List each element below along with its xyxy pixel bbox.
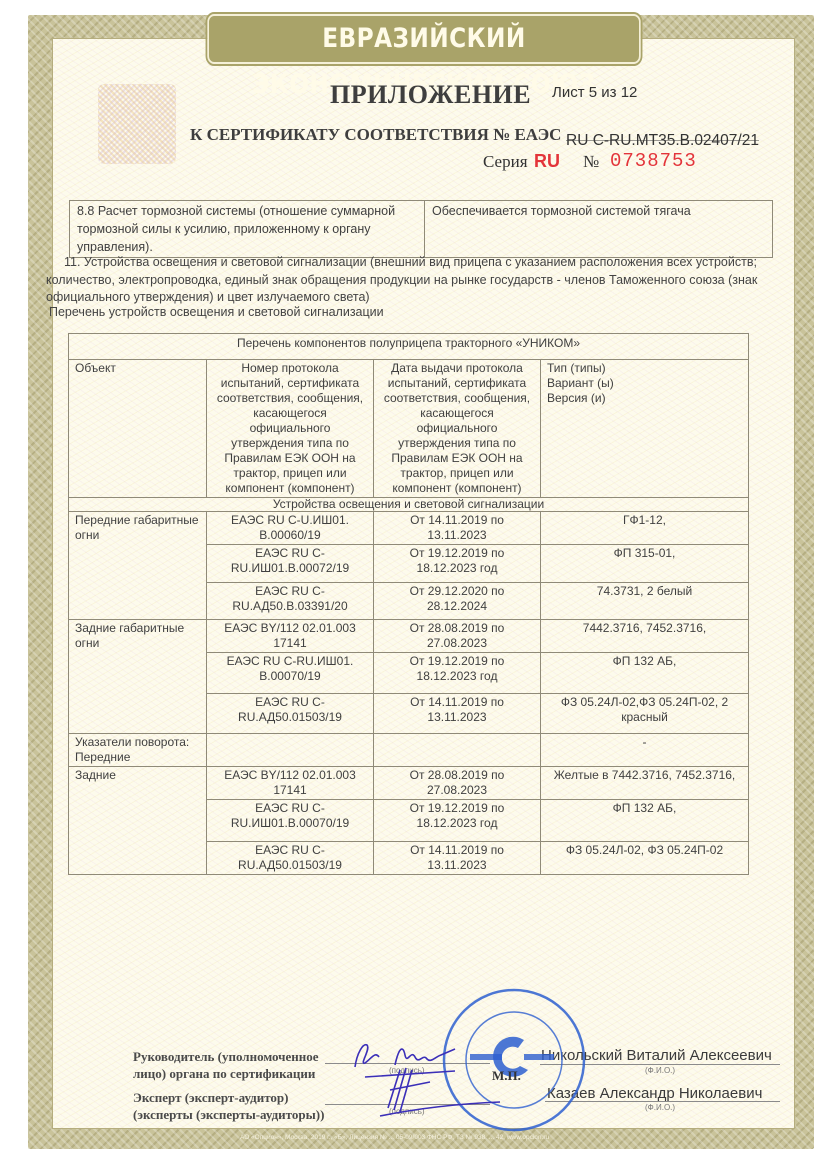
brake-calc-label: 8.8 Расчет тормозной системы (отношение … xyxy=(70,201,425,258)
head-label: Руководитель (уполномоченное лицо) орган… xyxy=(133,1048,319,1082)
components-table: Перечень компонентов полуприцепа трактор… xyxy=(68,333,749,875)
cell-date: От 28.08.2019 по 27.08.2023 xyxy=(374,767,541,800)
table-row: ЗадниеЕАЭС BY/112 02.01.003 17141От 28.0… xyxy=(69,767,749,800)
col-header-number: Номер протокола испытаний, сертификата с… xyxy=(207,360,374,498)
cell-date: От 14.11.2019 по 13.11.2023 xyxy=(374,512,541,545)
cell-number xyxy=(207,734,374,767)
cell-number: ЕАЭС RU С-RU.ИШ01.В.00072/19 xyxy=(207,545,374,583)
cell-type: ГФ1-12, xyxy=(541,512,749,545)
expert-label-line-2: (эксперты (эксперты-аудиторы)) xyxy=(133,1106,324,1123)
expert-label: Эксперт (эксперт-аудитор) (эксперты (экс… xyxy=(133,1089,324,1123)
cell-type: 74.3731, 2 белый xyxy=(541,583,749,620)
cell-object: Задние xyxy=(69,767,207,875)
item-11-line-2: количество, электропроводка, единый знак… xyxy=(46,273,757,287)
table-row: Указатели поворота: Передние- xyxy=(69,734,749,767)
cell-type: ФП 315-01, xyxy=(541,545,749,583)
table-row: Задние габаритные огниЕАЭС BY/112 02.01.… xyxy=(69,620,749,653)
cell-number: ЕАЭС BY/112 02.01.003 17141 xyxy=(207,767,374,800)
cell-date: От 19.12.2019 по 18.12.2023 год xyxy=(374,653,541,694)
item-11-line-4: Перечень устройств освещения и световой … xyxy=(49,305,384,319)
head-name-caption: (Ф.И.О.) xyxy=(645,1066,675,1075)
col-header-date: Дата выдачи протокола испытаний, сертифи… xyxy=(374,360,541,498)
section-row: Устройства освещения и световой сигнализ… xyxy=(69,498,749,512)
series-label: Серия xyxy=(483,152,528,172)
section-title: Устройства освещения и световой сигнализ… xyxy=(69,498,749,512)
cell-type: Желтые в 7442.3716, 7452.3716, xyxy=(541,767,749,800)
head-label-line-1: Руководитель (уполномоченное xyxy=(133,1048,319,1065)
cell-date: От 14.11.2019 по 13.11.2023 xyxy=(374,842,541,875)
cell-type: ФЗ 05.24Л-02, ФЗ 05.24П-02 xyxy=(541,842,749,875)
col-header-type: Тип (типы) Вариант (ы) Версия (и) xyxy=(541,360,749,498)
cell-type: ФЗ 05.24Л-02,ФЗ 05.24П-02, 2 красный xyxy=(541,694,749,734)
cell-date: От 28.08.2019 по 27.08.2023 xyxy=(374,620,541,653)
table-row: Передние габаритные огниЕАЭС RU С-U.ИШ01… xyxy=(69,512,749,545)
cell-number: ЕАЭС BY/112 02.01.003 17141 xyxy=(207,620,374,653)
certificate-label: К СЕРТИФИКАТУ СООТВЕТСТВИЯ № ЕАЭС xyxy=(190,125,561,145)
table-body: Передние габаритные огниЕАЭС RU С-U.ИШ01… xyxy=(69,512,749,875)
series-value: RU xyxy=(534,151,560,172)
cell-type: - xyxy=(541,734,749,767)
table-header-row: Объект Номер протокола испытаний, сертиф… xyxy=(69,360,749,498)
certificate-number: RU С-RU.МТ35.В.02407/21 xyxy=(566,132,759,150)
cell-number: ЕАЭС RU С-RU.АД50.01503/19 xyxy=(207,842,374,875)
cell-date: От 29.12.2020 по 28.12.2024 xyxy=(374,583,541,620)
expert-name-caption: (Ф.И.О.) xyxy=(645,1103,675,1112)
cell-number: ЕАЭС RU С-RU.АД50.01503/19 xyxy=(207,694,374,734)
sheet-counter: Лист 5 из 12 xyxy=(552,84,637,101)
table-row: 8.8 Расчет тормозной системы (отношение … xyxy=(70,201,773,258)
cell-number: ЕАЭС RU С-RU.ИШ01.В.00070/19 xyxy=(207,800,374,842)
expert-signature-icon xyxy=(370,1060,510,1120)
cell-date: От 14.11.2019 по 13.11.2023 xyxy=(374,694,541,734)
page-title: ПРИЛОЖЕНИЕ xyxy=(330,80,531,110)
table-caption-row: Перечень компонентов полуприцепа трактор… xyxy=(69,334,749,360)
expert-label-line-1: Эксперт (эксперт-аудитор) xyxy=(133,1089,324,1106)
hologram-watermark xyxy=(98,84,176,164)
cell-object: Указатели поворота: Передние xyxy=(69,734,207,767)
cell-date xyxy=(374,734,541,767)
cell-date: От 19.12.2019 по 18.12.2023 год xyxy=(374,800,541,842)
cell-number: ЕАЭС RU С-RU.ИШ01. В.00070/19 xyxy=(207,653,374,694)
cell-object: Передние габаритные огни xyxy=(69,512,207,620)
number-sign: № xyxy=(583,152,599,172)
union-banner: ЕВРАЗИЙСКИЙ ЭКОНОМИЧЕСКИЙ СОЮЗ xyxy=(207,14,640,64)
head-label-line-2: лицо) органа по сертификации xyxy=(133,1065,319,1082)
brake-calc-value: Обеспечивается тормозной системой тягача xyxy=(425,201,773,258)
cell-number: ЕАЭС RU С-U.ИШ01. В.00060/19 xyxy=(207,512,374,545)
cell-type: ФП 132 АБ, xyxy=(541,653,749,694)
cell-number: ЕАЭС RU С-RU.АД50.В.03391/20 xyxy=(207,583,374,620)
cell-type: ФП 132 АБ, xyxy=(541,800,749,842)
cell-date: От 19.12.2019 по 18.12.2023 год xyxy=(374,545,541,583)
item-11-line-1: 11. Устройства освещения и световой сигн… xyxy=(64,255,757,269)
cell-object: Задние габаритные огни xyxy=(69,620,207,734)
serial-number: 0738753 xyxy=(610,150,697,172)
table-caption: Перечень компонентов полуприцепа трактор… xyxy=(69,334,749,360)
cell-type: 7442.3716, 7452.3716, xyxy=(541,620,749,653)
item-11-line-3: официального утверждения) и цвет излучае… xyxy=(46,290,370,304)
printer-info: АО «Опцион», Москва, 2019 г., «Б», Лицен… xyxy=(240,1134,549,1141)
col-header-object: Объект xyxy=(69,360,207,498)
brake-calc-table: 8.8 Расчет тормозной системы (отношение … xyxy=(69,200,773,258)
